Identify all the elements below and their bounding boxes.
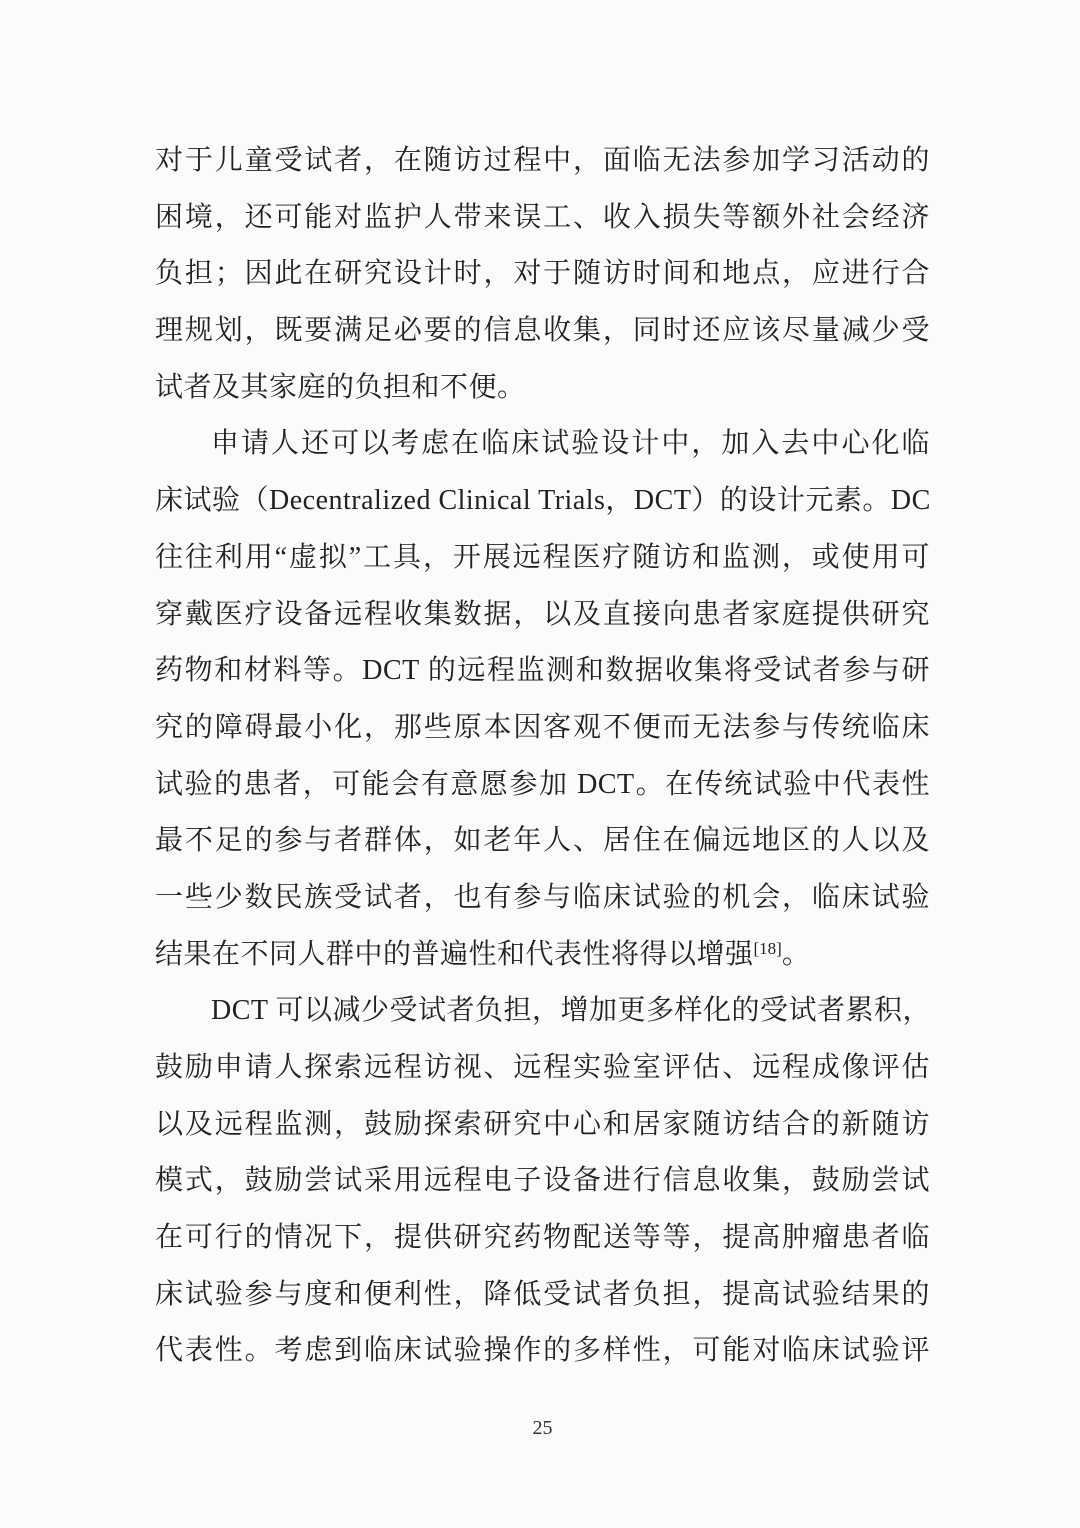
text-line: 穿戴医疗设备远程收集数据，以及直接向患者家庭提供研究: [155, 587, 930, 644]
text-line: 床试验参与度和便利性，降低受试者负担，提高试验结果的: [155, 1267, 930, 1324]
text-line-with-footnote: 结果在不同人群中的普遍性和代表性将得以增强[18]。: [155, 927, 930, 984]
text-line: 最不足的参与者群体，如老年人、居住在偏远地区的人以及: [155, 813, 930, 870]
text-line: 往往利用“虚拟”工具，开展远程医疗随访和监测，或使用可: [155, 530, 930, 587]
text-line-paragraph-start: 申请人还可以考虑在临床试验设计中，加入去中心化临: [155, 416, 930, 473]
text-line: 代表性。考虑到临床试验操作的多样性，可能对临床试验评: [155, 1323, 930, 1380]
text-line: 一些少数民族受试者，也有参与临床试验的机会，临床试验: [155, 870, 930, 927]
document-page: { "document": { "type": "scanned-text-pa…: [0, 0, 1080, 1528]
footnote-reference: [18]: [754, 939, 782, 958]
text-line: 理规划，既要满足必要的信息收集，同时还应该尽量减少受: [155, 303, 930, 360]
text-line: 对于儿童受试者，在随访过程中，面临无法参加学习活动的: [155, 133, 930, 190]
text-line: 药物和材料等。DCT 的远程监测和数据收集将受试者参与研: [155, 643, 930, 700]
text-line: 究的障碍最小化，那些原本因客观不便而无法参与传统临床: [155, 700, 930, 757]
text-line: 以及远程监测，鼓励探索研究中心和居家随访结合的新随访: [155, 1097, 930, 1154]
page-number: 25: [533, 1416, 553, 1440]
text-line: 困境，还可能对监护人带来误工、收入损失等额外社会经济: [155, 190, 930, 247]
text-line-paragraph-start: DCT 可以减少受试者负担，增加更多样化的受试者累积，: [155, 983, 930, 1040]
page-footer: 25: [155, 1416, 930, 1440]
text-line: 床试验（Decentralized Clinical Trials，DCT）的设…: [155, 473, 930, 530]
text-line: 模式，鼓励尝试采用远程电子设备进行信息收集，鼓励尝试: [155, 1153, 930, 1210]
text-line: 试验的患者，可能会有意愿参加 DCT。在传统试验中代表性: [155, 757, 930, 814]
text-line: 在可行的情况下，提供研究药物配送等等，提高肿瘤患者临: [155, 1210, 930, 1267]
page-canvas: 对于儿童受试者，在随访过程中，面临无法参加学习活动的 困境，还可能对监护人带来误…: [0, 0, 1080, 1528]
text-segment: 。: [782, 939, 811, 970]
text-segment: 结果在不同人群中的普遍性和代表性将得以增强: [155, 939, 754, 970]
body-text-block: 对于儿童受试者，在随访过程中，面临无法参加学习活动的 困境，还可能对监护人带来误…: [155, 133, 930, 1380]
text-line: 鼓励申请人探索远程访视、远程实验室评估、远程成像评估: [155, 1040, 930, 1097]
text-line-paragraph-end: 试者及其家庭的负担和不便。: [155, 360, 930, 417]
text-line: 负担；因此在研究设计时，对于随访时间和地点，应进行合: [155, 246, 930, 303]
